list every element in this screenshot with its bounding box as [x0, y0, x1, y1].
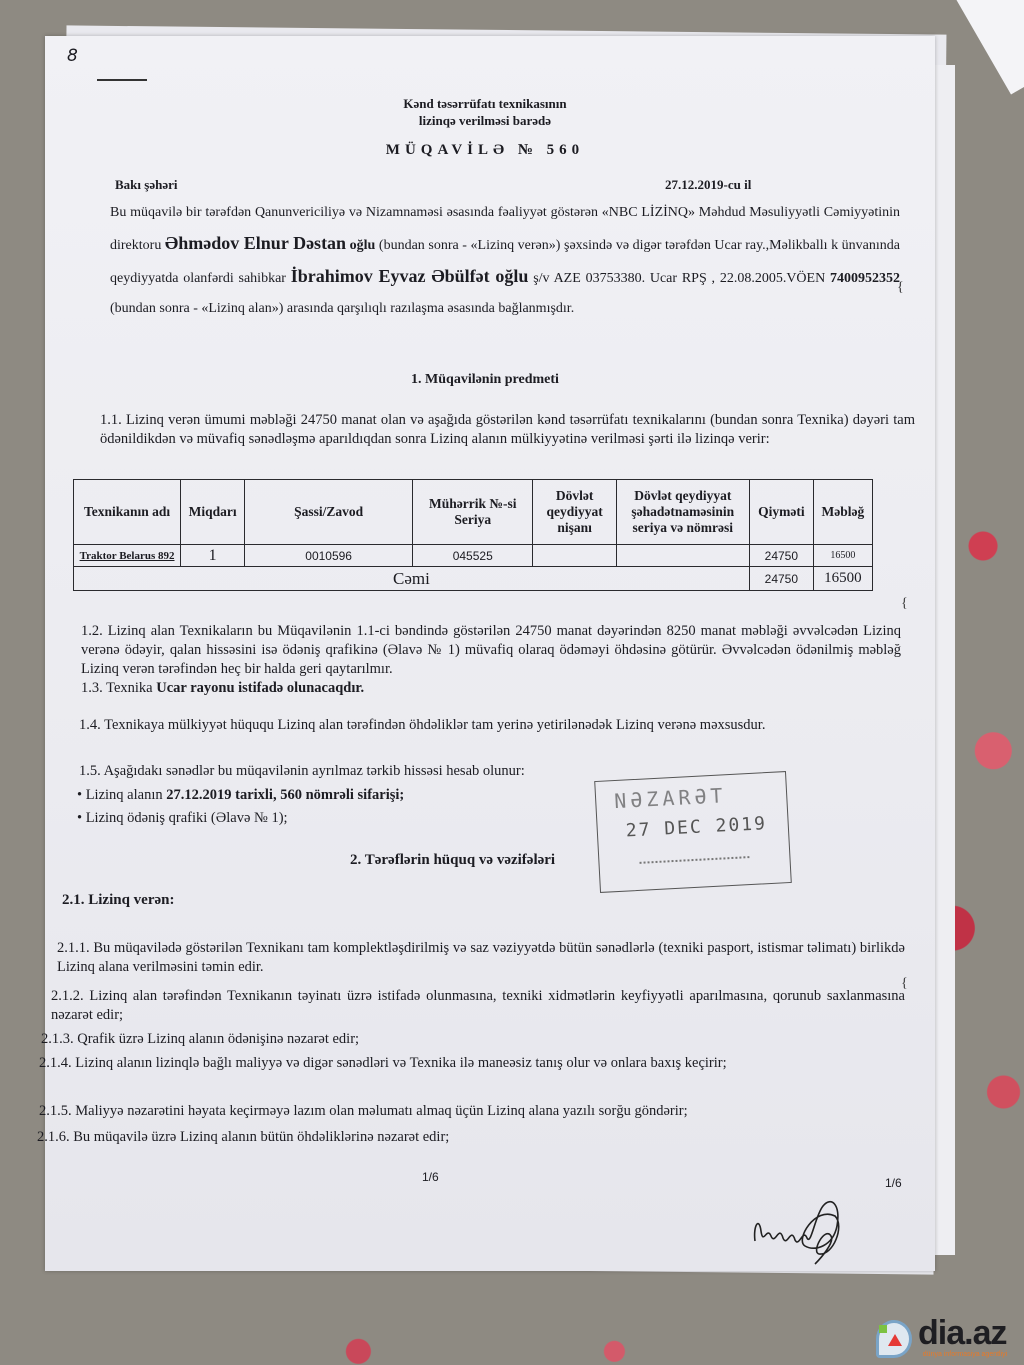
clause-1-5-bullet-2: • Lizinq ödəniş qrafiki (Əlavə № 1);: [77, 809, 677, 828]
contract-city: Bakı şəhəri: [115, 177, 177, 193]
section-2-1-title: 2.1. Lizinq verən:: [62, 892, 175, 909]
total-price: 24750: [749, 567, 813, 591]
clause-2-1-4: 2.1.4. Lizinq alanın lizinqlə bağlı mali…: [39, 1054, 905, 1073]
cell-engine: 045525: [413, 545, 533, 567]
col-header: Texnikanın adı: [74, 480, 181, 545]
margin-mark: {: [901, 976, 908, 992]
clause-1-4: 1.4. Texnikaya mülkiyyət hüququ Lizinq a…: [79, 716, 901, 735]
background-sheet: [951, 0, 1024, 94]
clause-1-5-bullet-1: • Lizinq alanın 27.12.2019 tarixli, 560 …: [77, 786, 677, 805]
section-2-title: 2. Tərəflərin hüquq və vəzifələri: [350, 852, 555, 869]
clause-2-1-6: 2.1.6. Bu müqavilə üzrə Lizinq alanın bü…: [37, 1128, 903, 1147]
cell-amount: 16500: [813, 545, 872, 567]
col-header: Qiyməti: [749, 480, 813, 545]
watermark-brand: dia.az: [918, 1314, 1006, 1353]
voen-number: 7400952352: [830, 271, 900, 286]
col-header: Mühərrik №-si Seriya: [413, 480, 533, 545]
contract-page: 8 Kənd təsərrüfatı texnikasının lizinqə …: [45, 36, 935, 1271]
clause-2-1-3: 2.1.3. Qrafik üzrə Lizinq alanın ödənişi…: [41, 1030, 901, 1049]
stamp-label: NƏZARƏT: [614, 783, 727, 813]
col-header: Məbləğ: [813, 480, 872, 545]
section-1-title: 1. Müqavilənin predmeti: [45, 372, 925, 388]
handwritten-page-number: 8: [67, 46, 78, 66]
page-counter-center: 1/6: [422, 1170, 439, 1184]
page-counter-right: 1/6: [885, 1176, 902, 1190]
stamp-signature-line: [639, 856, 749, 866]
cell-plate: [533, 545, 616, 567]
margin-mark: {: [901, 596, 908, 612]
cell-certificate: [616, 545, 749, 567]
lessee-name: İbrahimov Eyvaz Əbülfət oğlu: [291, 266, 529, 286]
director-name: Əhmədov Elnur Dəstan: [165, 233, 346, 253]
col-header: Dövlət qeydiyyat nişanı: [533, 480, 616, 545]
col-header: Miqdarı: [181, 480, 245, 545]
dia-az-watermark: dia.az dünya informasiya agentliyi: [872, 1316, 1024, 1362]
cell-price: 24750: [749, 545, 813, 567]
handwritten-dash: [97, 79, 147, 81]
clause-1-2: 1.2. Lizinq alan Texnikaların bu Müqavil…: [81, 622, 901, 679]
col-header: Dövlət qeydiyyat şəhadətnaməsinin seriya…: [616, 480, 749, 545]
table-total-row: Cəmi 24750 16500: [74, 567, 873, 591]
clause-2-1-2: 2.1.2. Lizinq alan tərəfindən Texnikanın…: [51, 987, 905, 1025]
cell-name: Traktor Belarus 892: [74, 545, 181, 567]
intro-paragraph: Bu müqavilə bir tərəfdən Qanunvericiliyə…: [110, 198, 900, 324]
equipment-table: Texnikanın adı Miqdarı Şassi/Zavod Mühər…: [73, 479, 873, 591]
margin-mark: {: [897, 280, 904, 296]
clause-2-1-1: 2.1.1. Bu müqavilədə göstərilən Texnikan…: [57, 939, 905, 977]
table-row: Traktor Belarus 892 1 0010596 045525 247…: [74, 545, 873, 567]
dia-logo-icon: [876, 1320, 912, 1358]
control-stamp: NƏZARƏT 27 DEC 2019: [594, 771, 792, 893]
clause-1-3: 1.3. Texnika Ucar rayonu istifadə olunac…: [81, 679, 901, 698]
clause-1-1: 1.1. Lizinq verən ümumi məbləği 24750 ma…: [100, 411, 915, 449]
total-label: Cəmi: [74, 567, 750, 591]
total-amount: 16500: [813, 567, 872, 591]
col-header: Şassi/Zavod: [245, 480, 413, 545]
contract-date: 27.12.2019-cu il: [665, 177, 751, 193]
cell-chassis: 0010596: [245, 545, 413, 567]
cell-quantity: 1: [181, 545, 245, 567]
clause-2-1-5: 2.1.5. Maliyyə nəzarətini həyata keçirmə…: [39, 1102, 905, 1121]
table-header-row: Texnikanın adı Miqdarı Şassi/Zavod Mühər…: [74, 480, 873, 545]
signature: [745, 1186, 855, 1266]
stamp-date: 27 DEC 2019: [625, 813, 767, 841]
document-heading: Kənd təsərrüfatı texnikasının lizinqə ve…: [45, 95, 925, 129]
watermark-tagline: dünya informasiya agentliyi: [920, 1351, 1010, 1358]
contract-title: MÜQAVİLƏ № 560: [45, 142, 925, 159]
